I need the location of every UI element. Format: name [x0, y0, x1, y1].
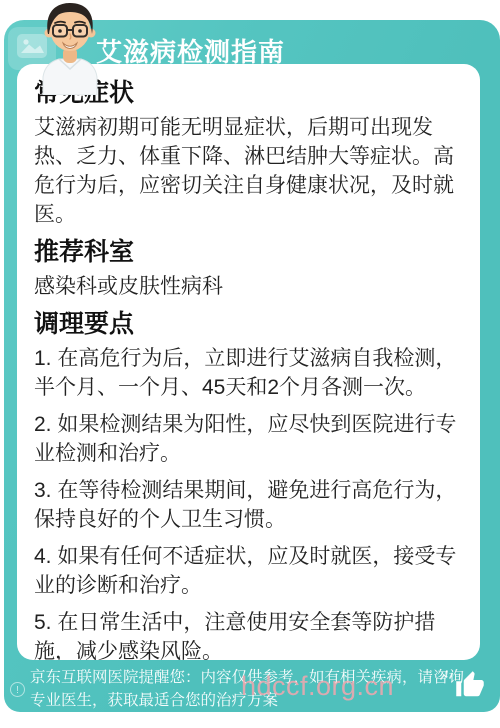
sparkle-icon	[439, 668, 453, 680]
care-point-item: 4. 如果有任何不适症状，应及时就医，接受专业的诊断和治疗。	[34, 542, 466, 600]
poster-container: 艾滋病检测指南 常见症状 艾滋病初期可能无明显症状，后期可出现发热、乏力、体重下…	[4, 20, 500, 712]
info-icon: !	[10, 682, 25, 697]
section-heading-care-points: 调理要点	[34, 309, 466, 339]
content-card: 常见症状 艾滋病初期可能无明显症状，后期可出现发热、乏力、体重下降、淋巴结肿大等…	[17, 64, 480, 660]
watermark-text: hdccf.org.cn	[241, 671, 394, 702]
doctor-avatar	[34, 1, 106, 95]
care-point-item: 3. 在等待检测结果期间，避免进行高危行为，保持良好的个人卫生习惯。	[34, 476, 466, 534]
care-point-item: 1. 在高危行为后，立即进行艾滋病自我检测，半个月、一个月、45天和2个月各测一…	[34, 344, 466, 402]
section-heading-department: 推荐科室	[34, 237, 466, 267]
symptoms-paragraph: 艾滋病初期可能无明显症状，后期可出现发热、乏力、体重下降、淋巴结肿大等症状。高危…	[34, 113, 466, 229]
care-point-item: 2. 如果检测结果为阳性，应尽快到医院进行专业检测和治疗。	[34, 410, 466, 468]
department-paragraph: 感染科或皮肤性病科	[34, 272, 466, 301]
thumbs-up-icon[interactable]	[455, 670, 485, 700]
care-point-item: 5. 在日常生活中，注意使用安全套等防护措施，减少感染风险。	[34, 608, 466, 660]
